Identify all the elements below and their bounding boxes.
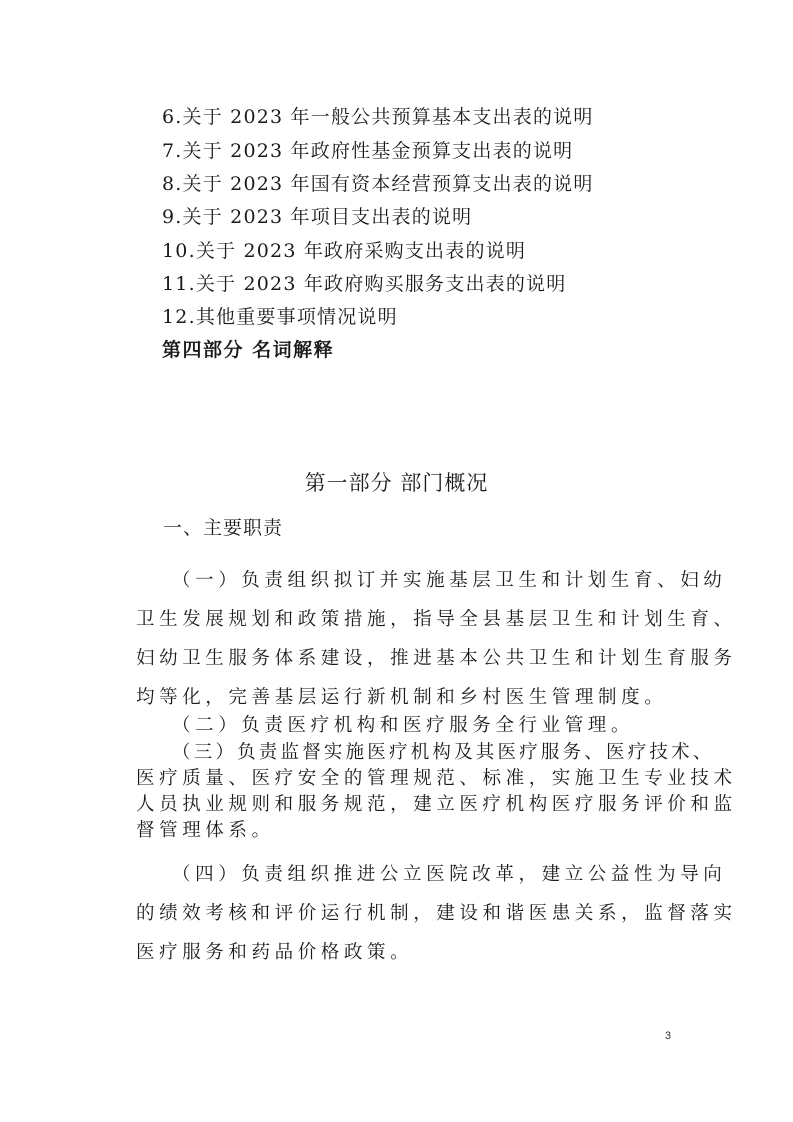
section-title: 第一部分 部门概况 xyxy=(0,467,793,497)
paragraph-line: 卫生发展规划和政策措施，指导全县基层卫生和计划生育、 xyxy=(136,605,737,631)
section-heading: 一、主要职责 xyxy=(163,513,283,540)
toc-item: 10.关于 2023 年政府采购支出表的说明 xyxy=(162,238,526,264)
paragraph-line: 医疗质量、医疗安全的管理规范、标准，实施卫生专业技术 xyxy=(136,764,737,790)
paragraph-line: 督管理体系。 xyxy=(136,816,275,842)
paragraph-line: （四）负责组织推进公立医院改革，建立公益性为导向 xyxy=(172,860,726,886)
paragraph-line: 人员执业规则和服务规范，建立医疗机构医疗服务评价和监 xyxy=(136,790,737,816)
toc-item: 6.关于 2023 年一般公共预算基本支出表的说明 xyxy=(162,104,594,130)
toc-item: 9.关于 2023 年项目支出表的说明 xyxy=(162,204,472,230)
toc-item: 8.关于 2023 年国有资本经营预算支出表的说明 xyxy=(162,171,594,197)
paragraph-line: 均等化，完善基层运行新机制和乡村医生管理制度。 xyxy=(136,683,667,709)
paragraph-line: （三）负责监督实施医疗机构及其医疗服务、医疗技术、 xyxy=(172,738,715,764)
toc-item: 11.关于 2023 年政府购买服务支出表的说明 xyxy=(162,271,566,297)
toc-part-four-heading: 第四部分 名词解释 xyxy=(162,337,334,363)
paragraph-line: （二）负责医疗机构和医疗服务全行业管理。 xyxy=(172,711,634,737)
toc-item: 7.关于 2023 年政府性基金预算支出表的说明 xyxy=(162,138,573,164)
paragraph-line: 医疗服务和药品价格政策。 xyxy=(136,938,413,964)
toc-item: 12.其他重要事项情况说明 xyxy=(162,304,398,330)
paragraph-line: 的绩效考核和评价运行机制，建设和谐医患关系，监督落实 xyxy=(136,899,737,925)
page-number: 3 xyxy=(665,1030,671,1042)
paragraph-line: 妇幼卫生服务体系建设，推进基本公共卫生和计划生育服务 xyxy=(136,644,737,670)
paragraph-line: （一）负责组织拟订并实施基层卫生和计划生育、妇幼 xyxy=(172,566,726,592)
